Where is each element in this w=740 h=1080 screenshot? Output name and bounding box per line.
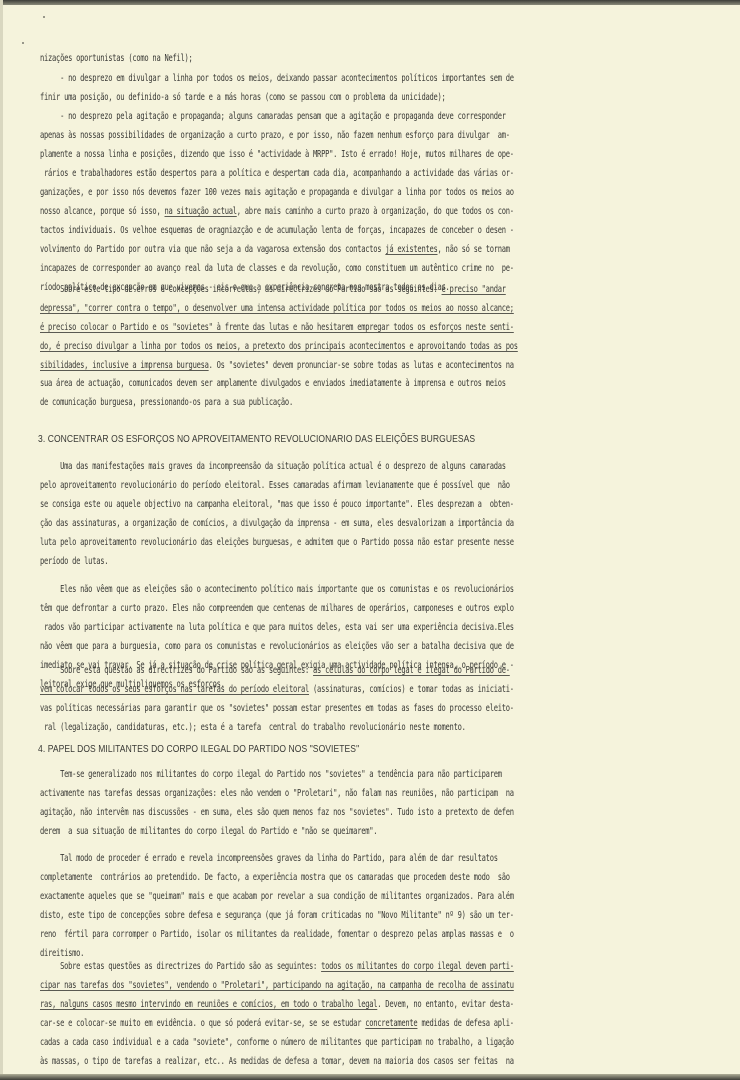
text-line: Eles não vêem que as eleições são o acon…: [40, 583, 514, 596]
scan-top-edge: [0, 0, 740, 5]
text-line-underlined: volvimento do Partido por outra via que …: [40, 243, 510, 256]
text-line-underlined: sibilidades, inclusive a imprensa burgue…: [40, 359, 514, 372]
underlined-text: é preciso "andar: [442, 284, 506, 295]
text-segment: Sobre esta questão as directrizes do Par…: [40, 665, 313, 676]
text-segment: nosso alcance, porque só isso,: [40, 206, 164, 217]
text-segment: car-se e colocar-se muito em evidência. …: [40, 1018, 365, 1029]
paper-speck: [43, 16, 45, 18]
text-line: cadas a cada caso individual e a cada "s…: [40, 1036, 514, 1049]
text-line: ganizações, e por isso nós devemos fazer…: [40, 186, 514, 199]
text-segment: . Devem, no entanto, evitar desta-: [377, 999, 514, 1010]
underlined-text: já existentes: [385, 244, 437, 255]
text-line: nizações oportunistas (como na Nefil);: [40, 52, 193, 65]
text-line: Tal modo de proceder é errado e revela i…: [40, 852, 498, 865]
text-line: exactamente aqueles que se "queimam" mai…: [40, 890, 514, 903]
paper-speck: [22, 42, 24, 44]
text-line: - no desprezo em divulgar a linha por to…: [40, 72, 514, 85]
text-line-underlined: ras, nalguns casos mesmo intervindo em r…: [40, 998, 514, 1011]
text-line: luta pelo aproveitamento revolucionário …: [40, 536, 514, 549]
text-line: se consiga este ou aquele objectivo na c…: [40, 498, 514, 511]
underlined-text: vem colocar todos os seus esforços nas t…: [40, 684, 309, 695]
text-segment: (assinaturas, comícios) e tomar todas as…: [309, 684, 514, 695]
text-line: completamente contrários ao pretendido. …: [40, 871, 510, 884]
text-segment: medidas de defesa apli-: [417, 1018, 513, 1029]
text-line: vas políticas necessárias para garantir …: [40, 702, 514, 715]
text-line: às massas, o tipo de tarefas a realizar,…: [40, 1055, 514, 1068]
text-line: ral (legalização, candidaturas, etc.); e…: [40, 721, 466, 734]
text-line-underlined: car-se e colocar-se muito em evidência. …: [40, 1017, 514, 1030]
text-line-underlined: Sobre estas questões as directrizes do P…: [40, 960, 514, 973]
underlined-text: concretamente: [365, 1018, 417, 1029]
text-line: pelo aproveitamento revolucionário do pe…: [40, 479, 510, 492]
underlined-text: todos os militantes do corpo ilegal deve…: [321, 961, 514, 972]
text-line: de comunicação burguesa, pressionando-os…: [40, 396, 293, 409]
text-line-underlined: Sobre este tipo de erros e concepções in…: [40, 283, 506, 296]
text-segment: Sobre estas questões as directrizes do P…: [40, 961, 321, 972]
text-line-underlined: do, é preciso divulgar a linha por todos…: [40, 340, 518, 353]
underlined-text: depressa", "correr contra o tempo", o de…: [40, 303, 514, 314]
text-line: finir uma posição, ou definido-a só tard…: [40, 91, 446, 104]
text-line: disto, este tipo de concepções sobre def…: [40, 909, 514, 922]
text-line: tactos individuais. Os velhoe esquemas d…: [40, 224, 514, 237]
text-line-underlined: depressa", "correr contra o tempo", o de…: [40, 302, 514, 315]
underlined-text: as células do corpo legal e ilegal do Pa…: [313, 665, 510, 676]
text-segment: Sobre este tipo de erros e concepções in…: [40, 284, 442, 295]
text-line: reno fértil para corromper o Partido, is…: [40, 928, 514, 941]
text-line-underlined: nosso alcance, porque só isso, na situaç…: [40, 205, 514, 218]
text-line: período de lutas.: [40, 555, 108, 568]
text-line: plamente a nossa linha e posições, dizen…: [40, 148, 514, 161]
text-segment: . Os "sovietes" devem pronunciar-se sobr…: [209, 360, 514, 371]
text-line: rários e trabalhadores estão despertos p…: [40, 167, 514, 180]
underlined-text: ras, nalguns casos mesmo intervindo em r…: [40, 999, 377, 1010]
text-line: ção das assinaturas, a organização de co…: [40, 517, 514, 530]
text-line-underlined: Sobre esta questão as directrizes do Par…: [40, 664, 510, 677]
section-heading-4: 4. PAPEL DOS MILITANTES DO CORPO ILEGAL …: [38, 743, 359, 757]
text-line: sua área de actuação, comunicados devem …: [40, 377, 506, 390]
text-segment: volvimento do Partido por outra via que …: [40, 244, 385, 255]
underlined-text: é preciso colocar o Partido e os "soviet…: [40, 322, 514, 333]
text-line: activamente nas tarefas dessas organizaç…: [40, 787, 514, 800]
text-line: Tem-se generalizado nos militantes do co…: [40, 768, 502, 781]
scan-bottom-edge: [0, 1074, 740, 1080]
underlined-text: cipar nas tarefas dos "sovietes", venden…: [40, 980, 514, 991]
underlined-text: do, é preciso divulgar a linha por todos…: [40, 341, 518, 352]
text-line-underlined: cipar nas tarefas dos "sovietes", venden…: [40, 979, 514, 992]
scan-left-edge: [0, 0, 3, 1080]
text-line: rados vão participar activamente na luta…: [40, 621, 514, 634]
text-line-underlined: vem colocar todos os seus esforços nas t…: [40, 683, 514, 696]
text-line: apenas às nossas possibilidades de organ…: [40, 129, 510, 142]
underlined-text: na situação actual: [164, 206, 236, 217]
text-segment: , não só se tornam: [438, 244, 510, 255]
text-line: direitismo.: [40, 947, 84, 960]
text-line: derem a sua situação de militantes do co…: [40, 825, 377, 838]
text-line: têm que defrontar a curto prazo. Eles nã…: [40, 602, 514, 615]
text-line: incapazes de corresponder ao avanço real…: [40, 262, 514, 275]
text-line: não vêem que para a burguesia, como para…: [40, 640, 514, 653]
underlined-text: sibilidades, inclusive a imprensa burgue…: [40, 360, 209, 371]
text-line-underlined: é preciso colocar o Partido e os "soviet…: [40, 321, 514, 334]
section-heading-3: 3. CONCENTRAR OS ESFORÇOS NO APROVEITAME…: [38, 433, 475, 447]
text-segment: , abre mais caminho a curto prazo à orga…: [237, 206, 514, 217]
text-line: agitação, não intervêm nas discussões - …: [40, 806, 514, 819]
text-line: Uma das manifestações mais graves da inc…: [40, 460, 506, 473]
text-line: - no desprezo pela agitação e propaganda…: [40, 110, 506, 123]
